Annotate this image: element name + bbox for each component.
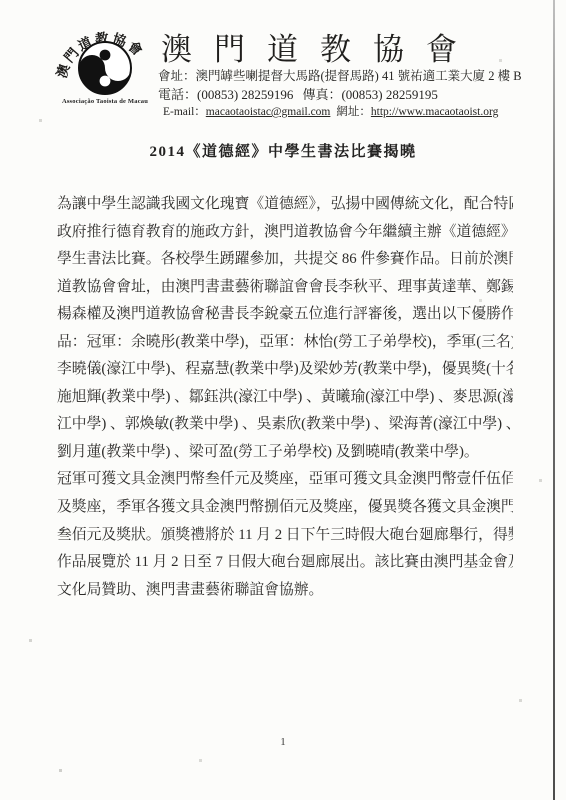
body-line: 及獎座，季軍各獲文具金澳門幣捌佰元及獎座，優異獎各獲文具金澳門幣: [57, 494, 513, 522]
body-line: 品：冠軍：余曉彤(教業中學)，亞軍：林怡(勞工子弟學校)，季軍(三名)：: [57, 329, 513, 357]
body-line: 作品展覽於 11 月 2 日至 7 日假大砲台廻廊展出。該比賽由澳門基金會及: [57, 549, 513, 577]
body-line: 冠軍可獲文具金澳門幣叁仟元及獎座，亞軍可獲文具金澳門幣壹仟伍佰元: [57, 466, 513, 494]
body-line: 為讓中學生認識我國文化瑰寶《道德經》，弘揚中國傳統文化，配合特區: [57, 191, 513, 219]
body-line: 劉月蓮(教業中學) 、梁可盈(勞工子弟學校) 及劉曉晴(教業中學)。: [57, 439, 513, 467]
announcement-body: 為讓中學生認識我國文化瑰寶《道德經》，弘揚中國傳統文化，配合特區政府推行德育教育…: [57, 191, 513, 604]
yin-yang-icon: 澳門道教協會: [48, 16, 162, 110]
email-label: E-mail：: [163, 106, 206, 118]
body-line: 學生書法比賽。各校學生踴躍參加，共提交 86 件參賽作品。日前於澳門: [57, 246, 513, 274]
body-line: 李曉儀(濠江中學)、程嘉慧(教業中學)及梁妙芳(教業中學)，優異獎(十名)：: [57, 356, 513, 384]
document-page: 澳門道教協會 Associação Taoista de Macau 澳門道教協…: [0, 0, 566, 800]
fax-number: (00853) 28259195: [341, 87, 437, 102]
website-link[interactable]: http://www.macaotaoist.org: [371, 106, 498, 118]
fax-label: 傳真：: [302, 87, 341, 102]
body-line: 道教協會會址，由澳門書畫藝術聯誼會會長李秋平、理事黃達華、鄭錫然、: [57, 274, 513, 302]
body-line: 江中學) 、郭煥敏(教業中學) 、吳素欣(教業中學) 、梁海菁(濠江中學) 、: [57, 411, 513, 439]
scan-artifact-line: [553, 0, 555, 800]
body-line: 施旭輝(教業中學) 、鄒鈺洪(濠江中學) 、黃曦瑜(濠江中學) 、麥思源(濠: [57, 384, 513, 412]
logo-caption: Associação Taoista de Macau: [48, 98, 162, 105]
org-name: 澳門道教協會: [161, 24, 479, 69]
scan-noise-specks: [0, 0, 1, 1]
phone-label: 電話：: [158, 87, 197, 102]
email-website-line: E-mail：macaotaoistac@gmail.com網址：http://…: [163, 103, 498, 119]
body-line: 文化局贊助、澳門書畫藝術聯誼會協辦。: [57, 577, 513, 605]
body-line: 叁佰元及獎狀。頒獎禮將於 11 月 2 日下午三時假大砲台廻廊舉行，得獎: [57, 522, 513, 550]
page-number: 1: [0, 736, 566, 748]
email-link[interactable]: macaotaoistac@gmail.com: [206, 106, 331, 118]
body-line: 政府推行德育教育的施政方針，澳門道教協會今年繼續主辦《道德經》中: [57, 219, 513, 247]
association-logo: 澳門道教協會 Associação Taoista de Macau: [48, 16, 162, 110]
address-line: 會址：澳門罅些喇提督大馬路(提督馬路) 41 號祐適工業大廈 2 樓 B: [158, 66, 522, 84]
phone-number: (00853) 28259196: [197, 87, 293, 102]
phone-fax-line: 電話：(00853) 28259196傳真：(00853) 28259195: [158, 84, 438, 103]
body-line: 楊森權及澳門道教協會秘書長李銳豪五位進行評審後，選出以下優勝作: [57, 301, 513, 329]
website-label: 網址：: [336, 106, 371, 118]
announcement-title: 2014《道德經》中學生書法比賽揭曉: [0, 140, 566, 161]
